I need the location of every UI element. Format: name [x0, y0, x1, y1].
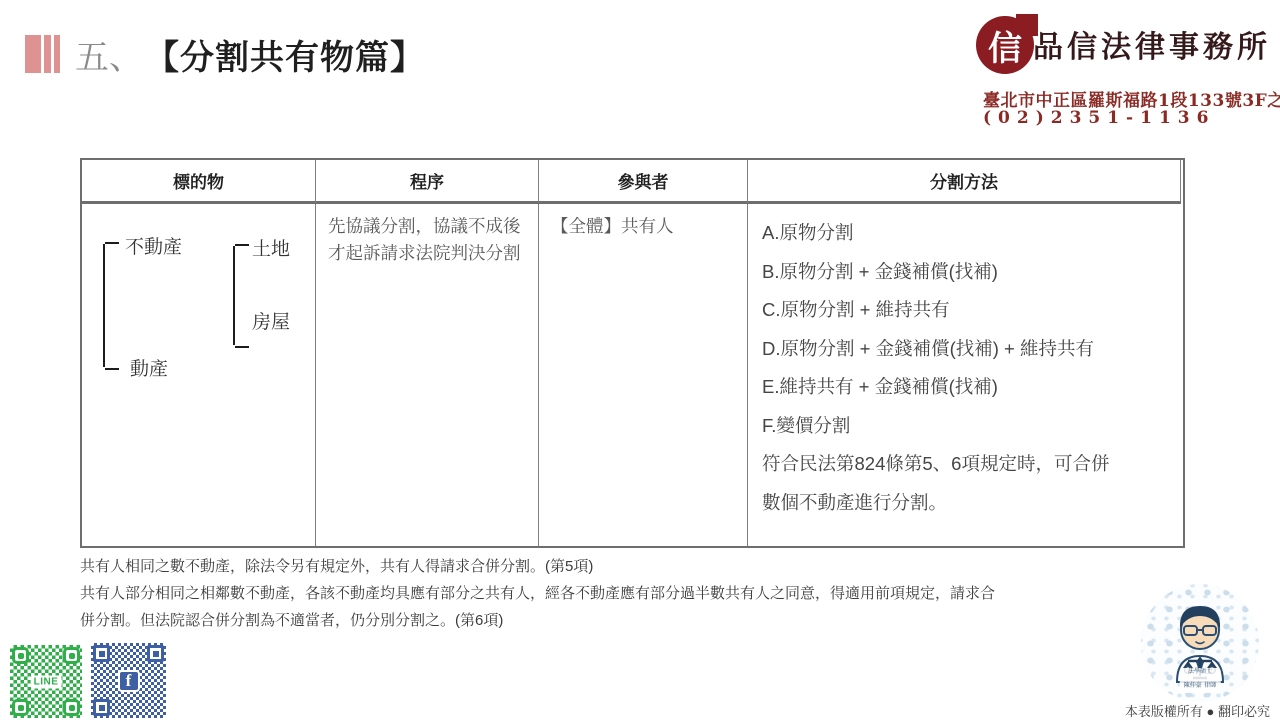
method-e: E.維持共有 + 金錢補償(找補)	[762, 368, 1173, 407]
method-f: F.變價分割	[762, 407, 1173, 446]
tree-label-movable-property: 動產	[130, 354, 168, 381]
methods-note-line1: 符合民法第824條第5、6項規定時，可合併	[762, 445, 1173, 484]
method-c: C.原物分割 + 維持共有	[762, 291, 1173, 330]
firm-name: 品信法律事務所	[1033, 22, 1275, 66]
table-cell-procedure: 先協議分割，協議不成後才起訴請求法院判決分割	[316, 204, 539, 546]
footnote-item5: 共有人相同之數不動產，除法令另有規定外，共有人得請求合併分割。(第5項)	[80, 553, 1190, 580]
tree-label-real-property: 不動產	[125, 232, 182, 259]
lawyer-name: 陳仲豪	[1184, 683, 1202, 689]
division-table: 標的物 程序 參與者 分割方法 不動產 土地 房屋 動產 先協議分割，協議不成後…	[80, 158, 1185, 548]
page-title-text: 【分割共有物篇】	[145, 30, 425, 79]
line-qr-code: LINE	[10, 645, 82, 718]
table-header-procedure: 程序	[316, 160, 539, 204]
firm-phone: (02)2351-1136	[983, 108, 1275, 128]
method-b: B.原物分割 + 金錢補償(找補)	[762, 253, 1173, 292]
method-d: D.原物分割 + 金錢補償(找補) + 維持共有	[762, 330, 1173, 369]
table-header-participants: 參與者	[539, 160, 748, 204]
page-title-number: 五、	[75, 30, 143, 79]
table-cell-subject-tree: 不動產 土地 房屋 動產	[82, 204, 316, 546]
lawyer-avatar: 法學碩士 陳仲豪 律師	[1141, 584, 1259, 702]
seal-character: 信	[988, 21, 1022, 70]
footnote-item6-line2: 併分割。但法院認合併分割為不適當者，仍分別分割之。(第6項)	[80, 607, 1190, 634]
footnotes: 共有人相同之數不動產，除法令另有規定外，共有人得請求合併分割。(第5項) 共有人…	[80, 553, 1190, 634]
qr-finder	[12, 699, 29, 716]
lawyer-degree: 法學碩士	[1184, 669, 1217, 675]
title-accent-bars	[25, 35, 60, 73]
footnote-item6-line1: 共有人部分相同之相鄰數不動產，各該不動產均具應有部分之共有人，經各不動產應有部分…	[80, 580, 1190, 607]
qr-finder	[147, 645, 164, 662]
accent-bar	[44, 35, 51, 73]
facebook-logo-icon: f	[118, 670, 140, 692]
seal-circle: 信	[976, 16, 1034, 74]
lawyer-name-badge: 法學碩士 陳仲豪 律師	[1180, 668, 1221, 693]
firm-seal-icon: 信	[976, 14, 1038, 76]
participants-text: 【全體】共有人	[539, 204, 747, 238]
tree-bracket-sub	[233, 246, 235, 345]
methods-note-line2: 數個不動產進行分割。	[762, 484, 1173, 523]
table-header-methods: 分割方法	[748, 160, 1181, 204]
line-logo-icon: LINE	[31, 675, 62, 688]
table-cell-participants: 【全體】共有人	[539, 204, 748, 546]
qr-finder	[63, 647, 80, 664]
qr-finder	[93, 699, 110, 716]
qr-finder	[93, 645, 110, 662]
tree-label-house: 房屋	[252, 307, 290, 334]
qr-finder	[12, 647, 29, 664]
table-header-subject: 標的物	[82, 160, 316, 204]
qr-finder	[63, 699, 80, 716]
copyright-notice: 本表版權所有 ● 翻印必究	[1125, 701, 1270, 720]
table-cell-methods: A.原物分割 B.原物分割 + 金錢補償(找補) C.原物分割 + 維持共有 D…	[748, 204, 1181, 546]
facebook-qr-code: f	[91, 643, 166, 718]
tree-bracket-main	[103, 244, 105, 367]
procedure-text: 先協議分割，協議不成後才起訴請求法院判決分割	[316, 204, 538, 267]
accent-bar	[54, 35, 60, 73]
lawyer-suffix: 律師	[1204, 683, 1216, 689]
page-title: 五、 【分割共有物篇】	[75, 30, 425, 78]
tree-label-land: 土地	[252, 234, 290, 261]
accent-bar	[25, 35, 41, 73]
method-a: A.原物分割	[762, 214, 1173, 253]
